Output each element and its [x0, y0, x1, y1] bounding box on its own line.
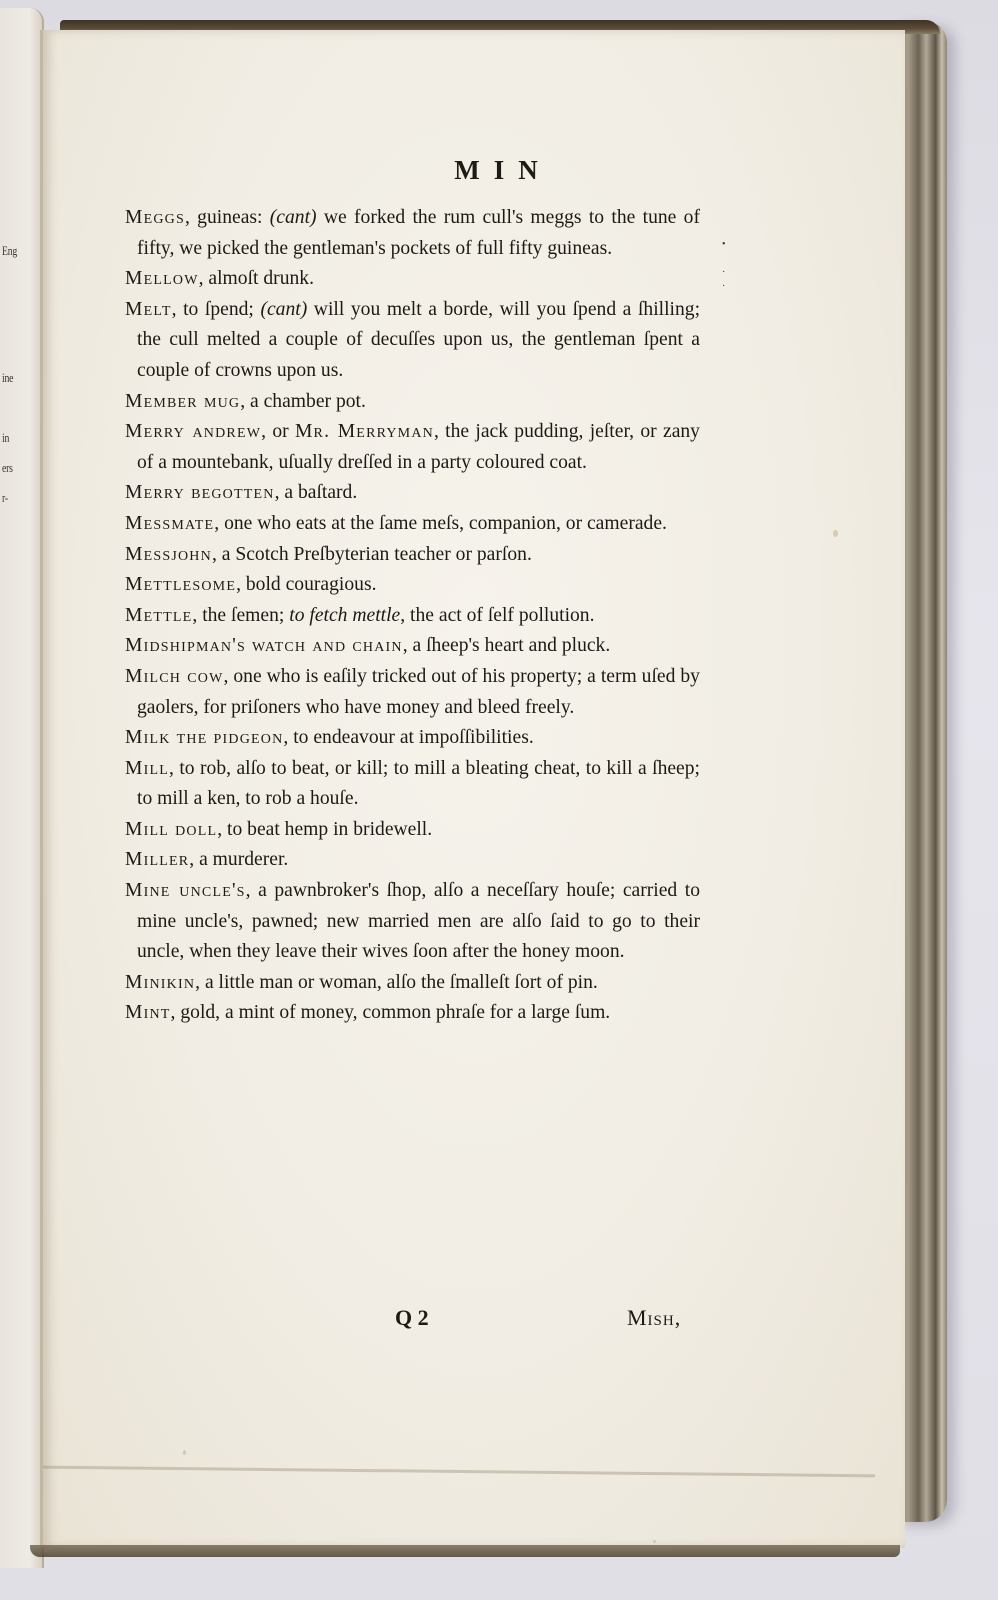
- entry-definition: , one who eats at the ſame meſs, compani…: [214, 513, 667, 534]
- entry-definition: , or: [261, 421, 295, 442]
- facing-page-fragment: r-: [2, 490, 8, 506]
- dictionary-entry: Midshipman's watch and chain, a ſheep's …: [125, 631, 700, 662]
- entry-definition: , a little man or woman, alſo the ſmalle…: [195, 972, 598, 993]
- entry-definition: , to endeavour at impoſſibilities.: [283, 727, 533, 748]
- signature-mark: Q 2: [395, 1305, 429, 1331]
- facing-page-fragment: in: [2, 430, 9, 446]
- entry-definition: , to rob, alſo to beat, or kill; to mill…: [137, 758, 700, 810]
- dictionary-entry: Miller, a murderer.: [125, 845, 700, 876]
- entry-headword: Member mug: [125, 391, 240, 412]
- entry-italic-text: to fetch mettle: [289, 605, 400, 626]
- entry-headword: Meggs: [125, 207, 185, 228]
- entry-headword: Milch cow: [125, 666, 224, 687]
- page-fold-crease: [43, 1466, 875, 1478]
- entry-definition: , the ſemen;: [192, 605, 289, 626]
- facing-page-fragment: Eng: [2, 243, 17, 259]
- entry-definition: , gold, a mint of money, common phraſe f…: [171, 1002, 611, 1023]
- dictionary-entry: Mettle, the ſemen; to fetch mettle, the …: [125, 601, 700, 632]
- entry-definition: , a Scotch Preſbyterian teacher or parſo…: [212, 544, 532, 565]
- entry-headword: Mill doll: [125, 819, 217, 840]
- entry-headword: Midshipman's watch and chain: [125, 635, 403, 656]
- entry-definition: , to beat hemp in bridewell.: [217, 819, 432, 840]
- entry-definition: , a ſheep's heart and pluck.: [403, 635, 611, 656]
- dictionary-entry: Mint, gold, a mint of money, common phra…: [125, 998, 700, 1029]
- dictionary-entry: Mettlesome, bold couragious.: [125, 570, 700, 601]
- entry-headword: Mine uncle's: [125, 880, 246, 901]
- entry-definition: , bold couragious.: [236, 574, 376, 595]
- entry-headword: Mettle: [125, 605, 192, 626]
- entry-headword: Mettlesome: [125, 574, 236, 595]
- entry-definition: , a murderer.: [189, 849, 288, 870]
- entry-headword: Merry begotten: [125, 482, 275, 503]
- entry-headword: Melt: [125, 299, 172, 320]
- entry-definition: , guineas:: [185, 207, 270, 228]
- entry-headword: Milk the pidgeon: [125, 727, 283, 748]
- foxing-spot: [183, 1450, 186, 1455]
- entry-italic-text: (cant): [260, 299, 307, 320]
- running-head: MIN: [0, 155, 998, 186]
- facing-page-fragment: ers: [2, 460, 13, 476]
- entry-headword: Merry andrew: [125, 421, 261, 442]
- dictionary-entry: Milk the pidgeon, to endeavour at impoſſ…: [125, 723, 700, 754]
- dictionary-entry: Merry andrew, or Mr. Merryman, the jack …: [125, 417, 700, 478]
- dictionary-entry: Melt, to ſpend; (cant) will you melt a b…: [125, 295, 700, 387]
- dictionary-entry: Mellow, almoſt drunk.: [125, 264, 700, 295]
- entry-headword: Miller: [125, 849, 189, 870]
- dictionary-entry: Mill, to rob, alſo to beat, or kill; to …: [125, 754, 700, 815]
- book-bottom-edge: [30, 1545, 900, 1557]
- foxing-spot: [833, 530, 838, 537]
- entry-headword: Messjohn: [125, 544, 212, 565]
- entry-definition: , the act of ſelf pollution.: [400, 605, 594, 626]
- dictionary-entry: Member mug, a chamber pot.: [125, 387, 700, 418]
- foxing-spot: [653, 1540, 656, 1543]
- dictionary-entry: Messmate, one who eats at the ſame meſs,…: [125, 509, 700, 540]
- catchword: Mish,: [627, 1305, 681, 1331]
- dictionary-entry: Meggs, guineas: (cant) we forked the rum…: [125, 203, 700, 264]
- dictionary-entry: Mine uncle's, a pawnbroker's ſhop, alſo …: [125, 876, 700, 968]
- dictionary-entry: Messjohn, a Scotch Preſbyterian teacher …: [125, 540, 700, 571]
- entry-definition: , almoſt drunk.: [199, 268, 314, 289]
- entry-definition: , a chamber pot.: [240, 391, 366, 412]
- entry-italic-text: (cant): [270, 207, 317, 228]
- facing-page-edge: Eng ine in ers r-: [0, 8, 44, 1568]
- entry-headword: Mellow: [125, 268, 199, 289]
- entry-headword: Mr. Merryman: [295, 421, 434, 442]
- dictionary-entries: Meggs, guineas: (cant) we forked the rum…: [125, 203, 700, 1029]
- entry-headword: Messmate: [125, 513, 214, 534]
- dictionary-entry: Milch cow, one who is eaſily tricked out…: [125, 662, 700, 723]
- dictionary-entry: Merry begotten, a baſtard.: [125, 478, 700, 509]
- ink-specks: •··: [722, 238, 726, 294]
- entry-headword: Mill: [125, 758, 169, 779]
- dictionary-entry: Minikin, a little man or woman, alſo the…: [125, 968, 700, 999]
- entry-headword: Minikin: [125, 972, 195, 993]
- entry-headword: Mint: [125, 1002, 171, 1023]
- entry-definition: , a baſtard.: [275, 482, 358, 503]
- facing-page-fragment: ine: [2, 370, 13, 386]
- entry-definition: , to ſpend;: [172, 299, 261, 320]
- dictionary-entry: Mill doll, to beat hemp in bridewell.: [125, 815, 700, 846]
